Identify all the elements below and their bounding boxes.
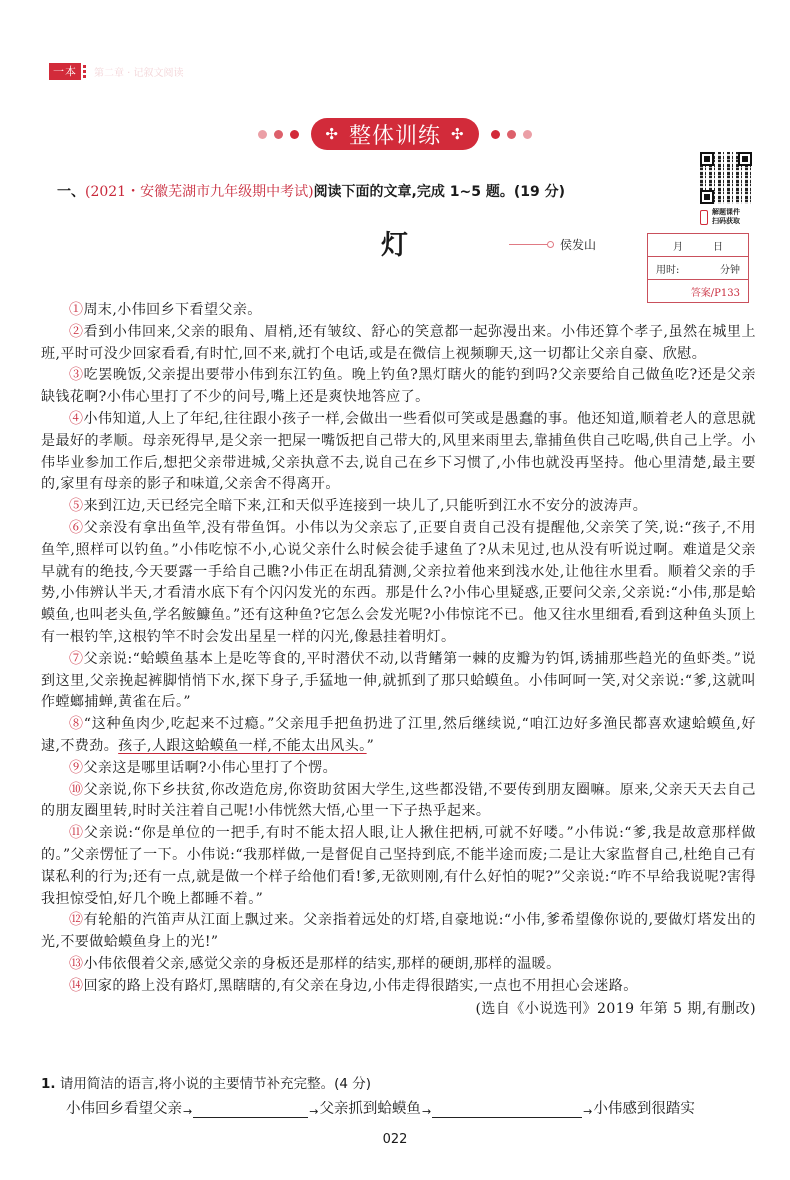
paragraph: ①周末,小伟回乡下看望父亲。 [41,300,756,322]
paragraph: ④小伟知道,人上了年纪,往往跟小孩子一样,会做出一些看似可笑或是愚蠢的事。他还知… [41,409,756,496]
paragraph: ⑭回家的路上没有路灯,黑瞎瞎的,有父亲在身边,小伟走得很踏实,一点也不用担心会迷… [41,976,756,998]
day-label: 日 [713,238,723,253]
section-banner-row: ✣ 整体训练 ✣ [0,117,790,151]
article-author: 侯发山 [509,236,596,253]
paragraph: ⑥父亲没有拿出鱼竿,没有带鱼饵。小伟以为父亲忘了,正要自责自己没有提醒他,父亲笑… [41,518,756,649]
arrow-right-icon: → [183,1105,192,1118]
qr-caption: 解题课件 扫码获取 [700,208,756,226]
author-name: 侯发山 [560,236,596,253]
paragraph: ⑧“这种鱼肉少,吃起来不过瘾。”父亲甩手把鱼扔进了江里,然后继续说,“咱江边好多… [41,714,756,758]
arrow-right-icon: → [422,1105,431,1118]
qr-caption-line2: 扫码获取 [712,217,740,226]
question-instruction: 阅读下面的文章,完成 1~5 题。(19 分) [314,184,565,200]
phone-icon [700,210,708,225]
answer-blank-1[interactable] [193,1101,308,1118]
month-label: 月 [673,238,683,253]
sparkle-icon: ✣ [325,127,339,142]
flow-step-3: 小伟感到很踏实 [593,1097,695,1118]
dots-decoration-right [491,130,532,139]
answer-blank-2[interactable] [432,1101,582,1118]
qr-panel: 解题课件 扫码获取 [700,152,756,226]
question-intro: 一、(2021・安徽芜湖市九年级期中考试)阅读下面的文章,完成 1~5 题。(1… [57,181,565,201]
article-body: ①周末,小伟回乡下看望父亲。 ②看到小伟回来,父亲的眼角、眉梢,还有皱纹、舒心的… [41,300,756,1020]
article-title: 灯 [381,223,408,262]
question-1-number: 1. [41,1076,56,1092]
question-1-prompt: 1. 请用简洁的语言,将小说的主要情节补充完整。(4 分) [41,1072,371,1092]
arrow-right-icon: → [583,1105,592,1118]
answer-page-ref: 答案/P133 [691,284,740,299]
author-line-decoration [509,244,547,245]
section-banner-title: 整体训练 [349,119,441,150]
paragraph: ⑦父亲说:“蛤蟆鱼基本上是吃等食的,平时潜伏不动,以背鳍第一棘的皮瓣为钓饵,诱捕… [41,649,756,714]
flow-step-2: 父亲抓到蛤蟆鱼 [319,1097,421,1118]
date-record-box: 月 日 用时: 分钟 答案/P133 [647,233,749,303]
time-used-label: 用时: [656,261,679,276]
section-banner: ✣ 整体训练 ✣ [311,118,478,150]
brand-dots-decoration [83,65,86,78]
paragraph: ②看到小伟回来,父亲的眼角、眉梢,还有皱纹、舒心的笑意都一起弥漫出来。小伟还算个… [41,322,756,366]
brand-logo: 一本 第二章 · 记叙文阅读 [49,63,184,80]
sparkle-icon: ✣ [451,127,465,142]
paragraph: ⑤来到江边,天已经完全暗下来,江和天似乎连接到一块儿了,只能听到江水不安分的波涛… [41,496,756,518]
paragraph: ⑬小伟依偎着父亲,感觉父亲的身板还是那样的结实,那样的硬朗,那样的温暖。 [41,954,756,976]
paragraph: ⑫有轮船的汽笛声从江面上飘过来。父亲指着远处的灯塔,自豪地说:“小伟,爹希望像你… [41,910,756,954]
question-1-text: 请用简洁的语言,将小说的主要情节补充完整。(4 分) [60,1076,371,1092]
dots-decoration-left [258,130,299,139]
brand-label: 一本 [49,63,81,80]
question-source: (2021・安徽芜湖市九年级期中考试) [85,184,314,200]
underlined-sentence: 孩子,人跟这蛤蟆鱼一样,不能太出风头。 [118,738,366,754]
plot-flow: 小伟回乡看望父亲 → → 父亲抓到蛤蟆鱼 → → 小伟感到很踏实 [66,1097,766,1118]
paragraph: ⑨父亲这是哪里话啊?小伟心里打了个愣。 [41,758,756,780]
paragraph: ⑪父亲说:“你是单位的一把手,有时不能太招人眼,让人揪住把柄,可就不好喽。”小伟… [41,823,756,910]
qr-code-icon[interactable] [700,152,752,204]
arrow-right-icon: → [309,1105,318,1118]
source-note: (选自《小说选刊》2019 年第 5 期,有删改) [41,999,756,1021]
paragraph: ③吃罢晚饭,父亲提出要带小伟到东江钓鱼。晚上钓鱼?黑灯瞎火的能钓到吗?父亲要给自… [41,365,756,409]
minutes-label: 分钟 [720,261,740,276]
flow-step-1: 小伟回乡看望父亲 [66,1097,182,1118]
question-prefix: 一、 [57,184,85,200]
page-number: 022 [0,1132,790,1147]
qr-caption-line1: 解题课件 [712,208,740,217]
running-header-faint: 第二章 · 记叙文阅读 [94,64,184,79]
paragraph: ⑩父亲说,你下乡扶贫,你改造危房,你资助贫困大学生,这些都没错,不要传到朋友圈嘛… [41,780,756,824]
author-circle-decoration [547,241,554,248]
